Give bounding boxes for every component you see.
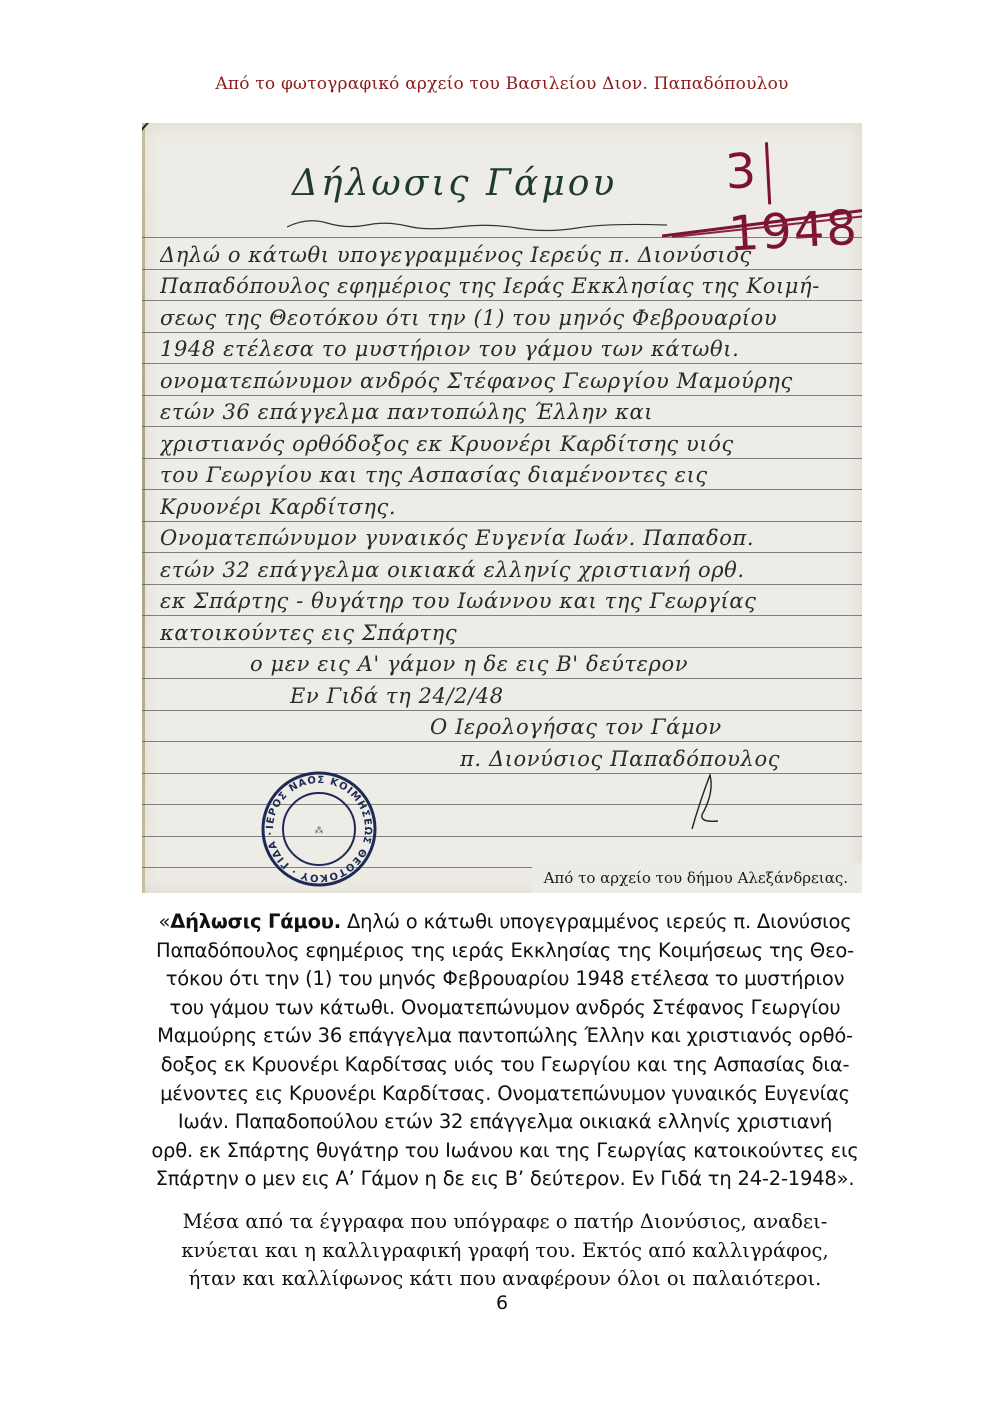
commentary-paragraph: Μέσα από τα έγγραφα που υπόγραφε ο πατήρ… — [130, 1208, 880, 1294]
ruled-line — [142, 458, 862, 459]
handwritten-line: ονοματεπώνυμον ανδρός Στέφανος Γεωργίου … — [160, 369, 852, 393]
ruled-line — [142, 363, 862, 364]
transcription-line: Παπαδόπουλος εφημέριος της ιεράς Εκκλησί… — [125, 937, 885, 966]
handwritten-line: Παπαδόπουλος εφημέριος της Ιεράς Εκκλησί… — [160, 274, 852, 298]
transcription-line: ορθ. εκ Σπάρτης θυγάτηρ του Ιωάνου και τ… — [125, 1137, 885, 1166]
running-head: Από το φωτογραφικό αρχείο του Βασιλείου … — [0, 74, 1004, 94]
handwritten-line: κατοικούντες εις Σπάρτης — [160, 621, 852, 645]
handwritten-line: Ονοματεπώνυμον γυναικός Ευγενία Ιωάν. Πα… — [160, 526, 852, 550]
transcription-line: Σπάρτην ο μεν εις Α’ Γάμον η δε εις Β’ δ… — [125, 1165, 885, 1194]
handwritten-line: π. Διονύσιος Παπαδόπουλος — [460, 747, 852, 771]
title-underline-flourish — [287, 213, 667, 233]
ruled-line — [142, 521, 862, 522]
ruled-line — [142, 836, 862, 837]
ruled-line — [142, 332, 862, 333]
handwritten-line: χριστιανός ορθόδοξος εκ Κρυονέρι Καρδίτσ… — [160, 432, 852, 456]
scanned-marriage-declaration: Δήλωσις Γάμου 31948 Δηλώ ο κάτωθι υπογεγ… — [142, 123, 862, 893]
handwritten-line: ετών 36 επάγγελμα παντοπώλης Έλλην και — [160, 400, 852, 424]
corner-mark — [142, 123, 164, 137]
paper-edge — [142, 123, 145, 893]
transcription-line: δοξος εκ Κρυονέρι Καρδίτσας υιός του Γεω… — [125, 1051, 885, 1080]
handwritten-line: 1948 ετέλεσα το μυστήριον του γάμου των … — [160, 337, 852, 361]
ruled-line — [142, 804, 862, 805]
ruled-line — [142, 395, 862, 396]
commentary-line: ήταν και καλλίφωνος κάτι που αναφέρουν ό… — [130, 1265, 880, 1294]
church-stamp: ΙΕΡΟΣ ΝΑΟΣ ΚΟΙΜΗΣΕΩΣ ΘΕΟΤΟΚΟΥ · ΓΙΔΑ · ⁂ — [260, 770, 378, 888]
transcription-text: Δηλώ ο κάτωθι υπογεγραμμένος ιερεύς π. Δ… — [341, 910, 852, 933]
commentary-line: Μέσα από τα έγγραφα που υπόγραφε ο πατήρ… — [130, 1208, 880, 1237]
transcription-line: τόκου ότι την (1) του μηνός Φεβρουαρίου … — [125, 965, 885, 994]
handwritten-line: σεως της Θεοτόκου ότι την (1) του μηνός … — [160, 306, 852, 330]
handwritten-line: Κρυονέρι Καρδίτσης. — [160, 495, 852, 519]
handwritten-line: ο μεν εις Α' γάμον η δε εις Β' δεύτερον — [250, 652, 852, 676]
handwritten-line: Εν Γιδά τη 24/2/48 — [290, 684, 852, 708]
ruled-line — [142, 773, 862, 774]
transcription-line: «Δήλωσις Γάμου. Δηλώ ο κάτωθι υπογεγραμμ… — [125, 908, 885, 937]
commentary-line: κνύεται και η καλλιγραφική γραφή του. Εκ… — [130, 1237, 880, 1266]
ruled-line — [142, 269, 862, 270]
handwritten-line: του Γεωργίου και της Ασπασίας διαμένοντε… — [160, 463, 852, 487]
transcription-line: Μαμούρης ετών 36 επάγγελμα παντοπώλης Έλ… — [125, 1022, 885, 1051]
page-number: 6 — [0, 1292, 1004, 1314]
ruled-line — [142, 552, 862, 553]
record-number-value: 3 — [724, 143, 759, 201]
ruled-line — [142, 647, 862, 648]
transcription-line: Ιωάν. Παπαδοπούλου ετών 32 επάγγελμα οικ… — [125, 1108, 885, 1137]
scan-caption: Από το αρχείο του δήμου Αλεξάνδρειας. — [532, 863, 862, 893]
ruled-line — [142, 426, 862, 427]
handwritten-line: Δηλώ ο κάτωθι υπογεγραμμένος Ιερεύς π. Δ… — [160, 243, 852, 267]
transcription-line: του γάμου των κάτωθι. Ονοματεπώνυμον ανδ… — [125, 994, 885, 1023]
transcription-paragraph: «Δήλωσις Γάμου. Δηλώ ο κάτωθι υπογεγραμμ… — [125, 908, 885, 1194]
handwritten-line: ετών 32 επάγγελμα οικιακά ελληνίς χριστι… — [160, 558, 852, 582]
red-pencil-strokes — [662, 208, 862, 238]
open-quote: « — [158, 910, 170, 933]
record-separator — [764, 142, 770, 204]
handwritten-line: Ο Ιερολογήσας τον Γάμον — [430, 715, 852, 739]
ruled-line — [142, 584, 862, 585]
svg-text:⁂: ⁂ — [315, 825, 324, 836]
ruled-line — [142, 489, 862, 490]
ruled-line — [142, 741, 862, 742]
handwritten-title: Δήλωσις Γάμου — [292, 163, 617, 204]
ruled-line — [142, 300, 862, 301]
ruled-line — [142, 710, 862, 711]
ruled-line — [142, 237, 862, 238]
ruled-line — [142, 678, 862, 679]
transcription-line: μένοντες εις Κρυονέρι Καρδίτσας. Ονοματε… — [125, 1080, 885, 1109]
transcription-title: Δήλωσις Γάμου. — [170, 910, 341, 933]
signature-flourish — [682, 771, 722, 831]
ruled-line — [142, 615, 862, 616]
handwritten-line: εκ Σπάρτης - θυγάτηρ του Ιωάννου και της… — [160, 589, 852, 613]
